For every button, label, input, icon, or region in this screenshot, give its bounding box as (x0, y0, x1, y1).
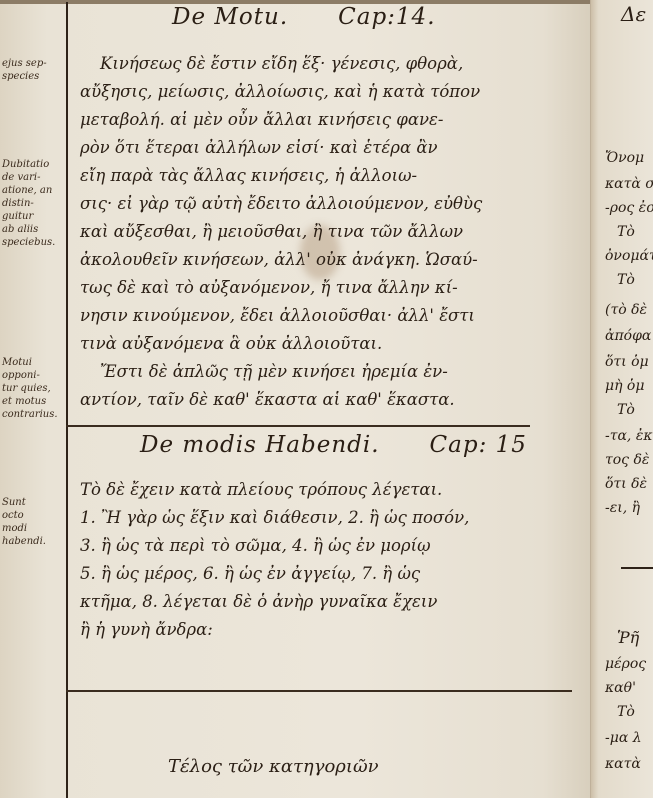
facing-text: -τα, ἐκ (605, 428, 653, 444)
text-line: μεταβολή. αἱ μὲν οὖν ἄλλαι κινήσεις φανε… (80, 106, 590, 134)
section-15-text: Τὸ δὲ ἔχειν κατὰ πλείους τρόπους λέγεται… (80, 476, 590, 644)
text-line: εἴη παρὰ τὰς ἄλλας κινήσεις, ἡ ἀλλοιω- (80, 162, 590, 190)
facing-text: καθ' (605, 680, 636, 696)
facing-text: κατὰ (605, 756, 641, 772)
text-line: ἢ ἡ γυνὴ ἄνδρα: (80, 616, 590, 644)
facing-text: -ρος ἐσ (605, 200, 653, 216)
facing-text: Τὸ (617, 272, 635, 288)
section-15-title: De modis Habendi. (140, 432, 380, 458)
section-divider (66, 690, 572, 692)
margin-note-4: Sunt octo modi habendi. (2, 496, 62, 548)
text-line: 5. ἢ ὡς μέρος, 6. ἢ ὡς ἐν ἀγγείῳ, 7. ἢ ὡ… (80, 560, 590, 588)
text-line: αὔξησις, μείωσις, ἀλλοίωσις, καὶ ἡ κατὰ … (80, 78, 590, 106)
facing-text: Τὸ (617, 224, 635, 240)
facing-text: κατὰ συν (605, 176, 653, 192)
section-14-title: De Motu. (172, 4, 288, 30)
facing-text: μὴ ὁμ (605, 378, 644, 394)
text-line: καὶ αὔξεσθαι, ἢ μειοῦσθαι, ἢ τινα τῶν ἄλ… (80, 218, 590, 246)
section-15-heading: De modis Habendi.Cap: 15 (140, 432, 527, 458)
facing-text: -μα λ (605, 730, 642, 746)
manuscript-page: ejus sep- species Dubitatio de vari- ati… (0, 0, 590, 798)
facing-text: τος δὲ (605, 452, 649, 468)
text-line: ρὸν ὅτι ἕτεραι ἀλλήλων εἰσί· καὶ ἑτέρα ἂ… (80, 134, 590, 162)
facing-text: Ὄνομ (605, 150, 644, 166)
section-15-chapter: Cap: 15 (430, 432, 527, 458)
facing-text: Δε (621, 2, 646, 26)
section-14-text: Κινήσεως δὲ ἔστιν εἴδη ἕξ· γένεσις, φθορ… (80, 50, 590, 414)
section-divider (66, 425, 530, 427)
text-line: σις· εἰ γὰρ τῷ αὐτὴ ἔδειτο ἀλλοιούμενον,… (80, 190, 590, 218)
facing-text: -ει, ἢ (605, 500, 640, 516)
text-line: ἀκολουθεῖν κινήσεων, ἀλλ' οὐκ ἀνάγκη. Ὡσ… (80, 246, 590, 274)
facing-text: μέρος (605, 656, 646, 672)
facing-divider (621, 567, 653, 569)
facing-text: ὅτι δὲ (605, 476, 647, 492)
text-line: αντίον, ταῖν δὲ καθ' ἕκαστα αἱ καθ' ἕκασ… (80, 386, 590, 414)
text-line: Κινήσεως δὲ ἔστιν εἴδη ἕξ· γένεσις, φθορ… (80, 50, 590, 78)
facing-text: Ῥῆ (617, 628, 639, 647)
text-line: τως δὲ καὶ τὸ αὐξανόμενον, ἤ τινα ἄλλην … (80, 274, 590, 302)
ending-colophon: Τέλος τῶν κατηγοριῶν (168, 756, 379, 777)
facing-text: ἀπόφα (605, 328, 651, 344)
facing-text: Τὸ (617, 402, 635, 418)
facing-page-fragment: Δε Ὄνομ κατὰ συν -ρος ἐσ Τὸ ὀνομάτω Τὸ (… (590, 0, 653, 798)
facing-text: ὀνομάτω (605, 248, 653, 264)
margin-rule-vertical (66, 2, 68, 798)
text-line: Ἔστι δὲ ἁπλῶς τῇ μὲν κινήσει ἠρεμία ἐν- (80, 358, 590, 386)
text-line: Τὸ δὲ ἔχειν κατὰ πλείους τρόπους λέγεται… (80, 476, 590, 504)
text-line: τινὰ αὐξανόμενα ἃ οὐκ ἀλλοιοῦται. (80, 330, 590, 358)
facing-text: (τὸ δὲ (605, 302, 647, 318)
text-line: νησιν κινούμενον, ἔδει ἀλλοιοῦσθαι· ἀλλ'… (80, 302, 590, 330)
section-14-chapter: Cap:14. (338, 4, 435, 30)
margin-note-2: Dubitatio de vari- atione, an distin- gu… (2, 158, 62, 249)
facing-text: Τὸ (617, 704, 635, 720)
section-14-heading: De Motu.Cap:14. (172, 4, 436, 30)
text-line: 1. Ἢ γὰρ ὡς ἕξιν καὶ διάθεσιν, 2. ἢ ὡς π… (80, 504, 590, 532)
facing-text: ὅτι ὁμ (605, 354, 649, 370)
text-line: 3. ἢ ὡς τὰ περὶ τὸ σῶμα, 4. ἢ ὡς ἐν μορί… (80, 532, 590, 560)
text-line: κτῆμα, 8. λέγεται δὲ ὁ ἀνὴρ γυναῖκα ἔχει… (80, 588, 590, 616)
margin-note-1: ejus sep- species (2, 57, 62, 83)
margin-note-3: Motui opponi- tur quies, et motus contra… (2, 356, 62, 421)
